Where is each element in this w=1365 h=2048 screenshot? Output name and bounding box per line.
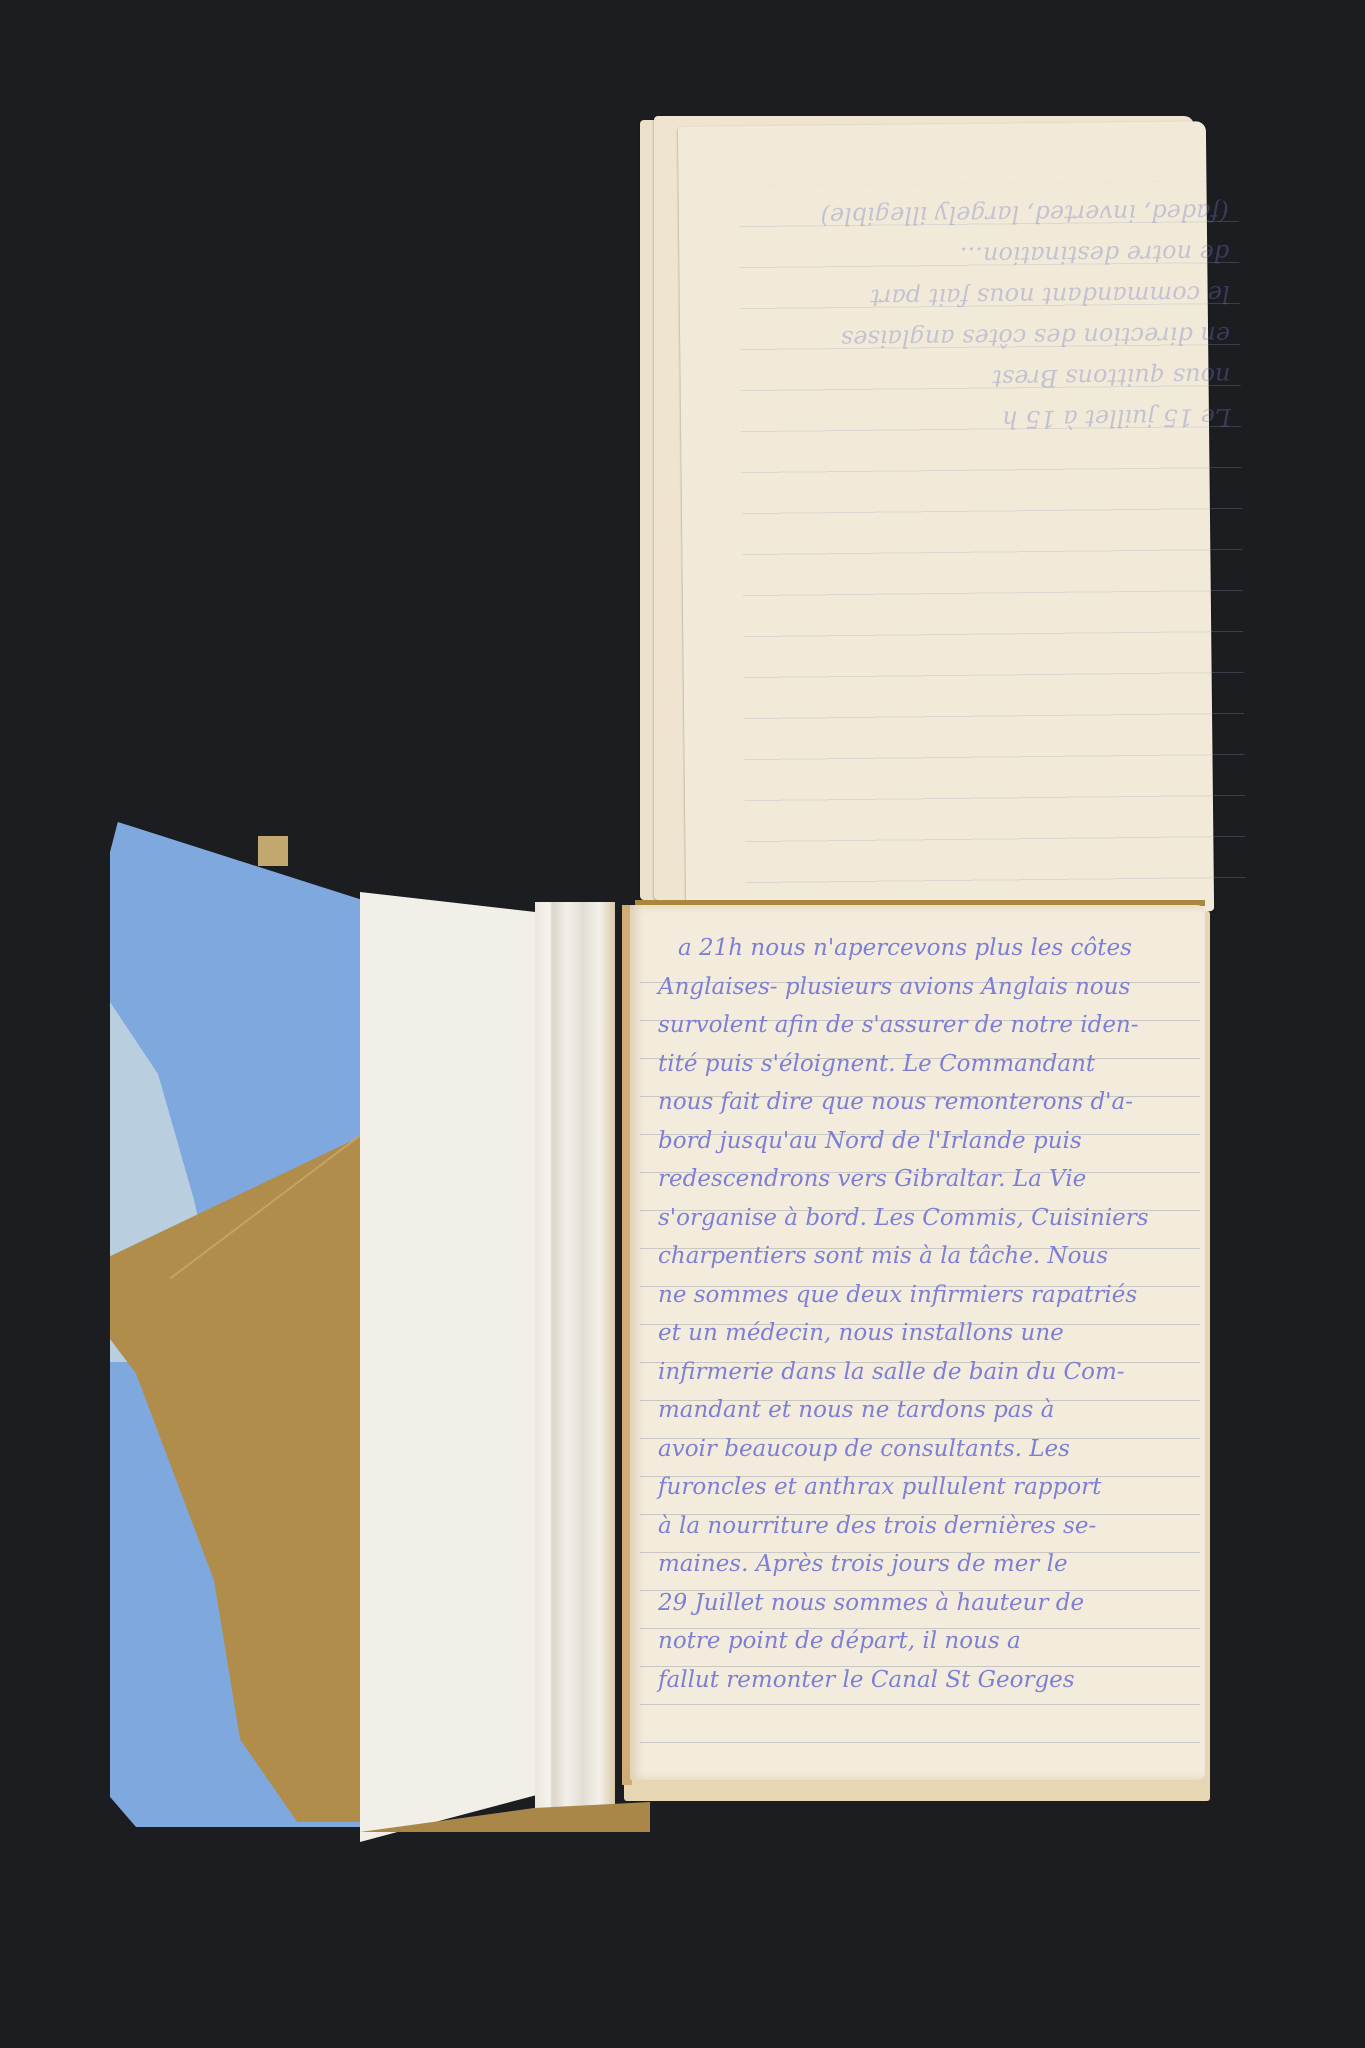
text-line: et un médecin, nous installons une [658, 1314, 1198, 1353]
upper-inverted-handwriting: Le 15 juillet à 15 h nous quittons Brest… [749, 191, 1232, 442]
text-line: Anglaises- plusieurs avions Anglais nous [658, 968, 1198, 1007]
text-line: avoir beaucoup de consultants. Les [658, 1430, 1198, 1469]
text-line: maines. Après trois jours de mer le [658, 1545, 1198, 1584]
text-line: s'organise à bord. Les Commis, Cuisinier… [658, 1199, 1198, 1238]
upper-page-stack: Le 15 juillet à 15 h nous quittons Brest… [640, 112, 1210, 912]
text-line: tité puis s'éloignent. Le Commandant [658, 1045, 1198, 1084]
text-line: ne sommes que deux infirmiers rapatriés [658, 1276, 1198, 1315]
text-line: à la nourriture des trois dernières se- [658, 1507, 1198, 1546]
lower-page-stack: a 21h nous n'apercevons plus les côtes A… [630, 905, 1210, 1800]
text-line: furoncles et anthrax pullulent rapport [658, 1468, 1198, 1507]
text-line: nous fait dire que nous remonterons d'a- [658, 1083, 1198, 1122]
text-line: redescendrons vers Gibraltar. La Vie [658, 1160, 1198, 1199]
upper-sheet-front[interactable]: Le 15 juillet à 15 h nous quittons Brest… [678, 121, 1214, 916]
text-line: mandant et nous ne tardons pas à [658, 1391, 1198, 1430]
text-line: charpentiers sont mis à la tâche. Nous [658, 1237, 1198, 1276]
text-line: fallut remonter le Canal St Georges [658, 1661, 1198, 1700]
text-line: survolent afin de s'assurer de notre ide… [658, 1006, 1198, 1045]
notebook-cover [110, 822, 650, 1842]
notebook-spine [535, 902, 615, 1832]
text-line: 29 Juillet nous sommes à hauteur de [658, 1584, 1198, 1623]
cover-tear-mark [258, 836, 288, 866]
text-line: a 21h nous n'apercevons plus les côtes [658, 929, 1198, 968]
text-line: infirmerie dans la salle de bain du Com- [658, 1353, 1198, 1392]
text-line: notre point de départ, il nous a [658, 1622, 1198, 1661]
handwritten-text: a 21h nous n'apercevons plus les côtes A… [658, 929, 1198, 1699]
handwritten-page[interactable]: a 21h nous n'apercevons plus les côtes A… [630, 905, 1205, 1780]
text-line: bord jusqu'au Nord de l'Irlande puis [658, 1122, 1198, 1161]
